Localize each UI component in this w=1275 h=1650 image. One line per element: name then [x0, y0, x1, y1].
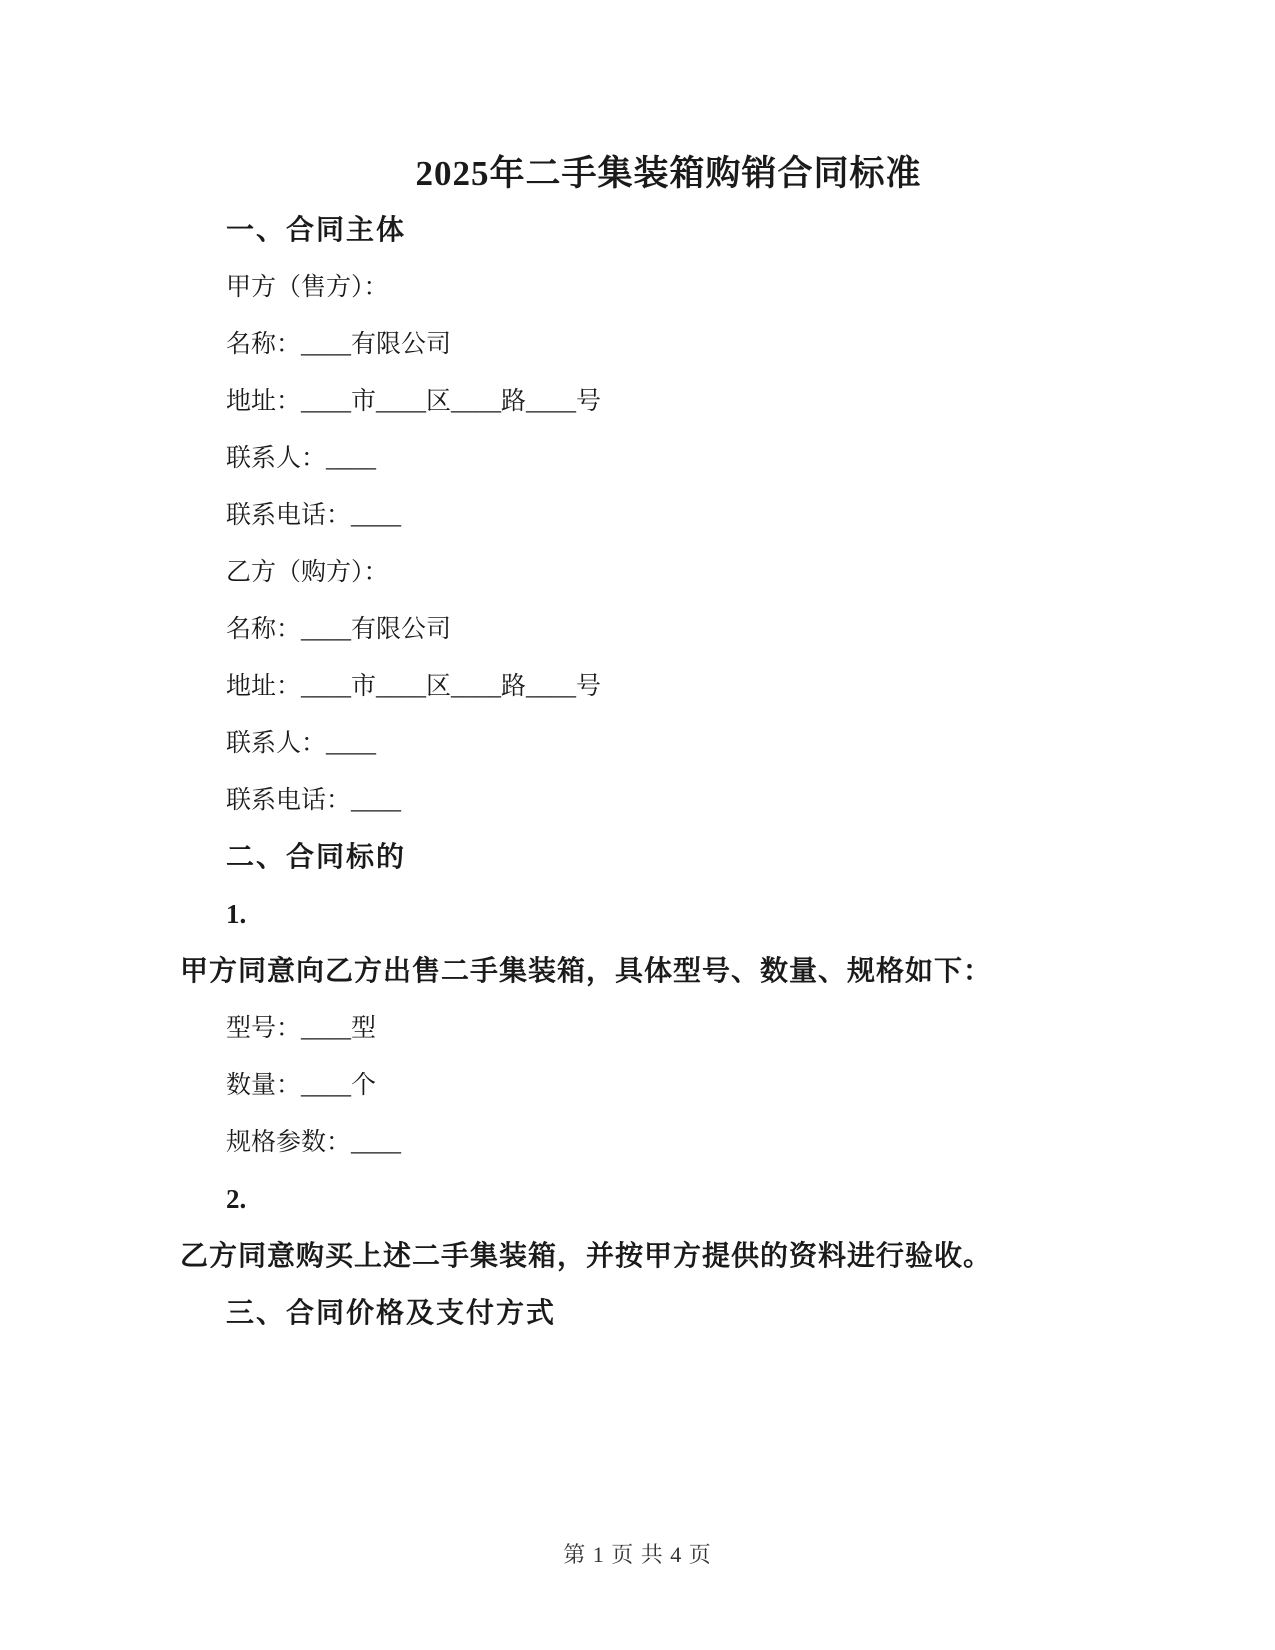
paragraph-list: 一、合同主体甲方（售方）：名称：____有限公司地址：____市____区___… — [180, 202, 1095, 1342]
paragraph: 联系电话：____ — [180, 772, 1095, 829]
paragraph: 乙方（购方）： — [180, 544, 1095, 601]
document-content: 2025年二手集装箱购销合同标准 一、合同主体甲方（售方）：名称：____有限公… — [180, 145, 1095, 1342]
paragraph: 规格参数：____ — [180, 1114, 1095, 1171]
paragraph: 二、合同标的 — [180, 829, 1095, 886]
paragraph: 乙方同意购买上述二手集装箱，并按甲方提供的资料进行验收。 — [180, 1228, 1095, 1285]
page-footer: 第 1 页 共 4 页 — [0, 1538, 1275, 1569]
paragraph: 一、合同主体 — [180, 202, 1095, 259]
paragraph: 1. — [180, 886, 1095, 943]
paragraph: 甲方（售方）： — [180, 259, 1095, 316]
paragraph: 联系人：____ — [180, 715, 1095, 772]
page-number-label: 第 1 页 共 4 页 — [563, 1542, 712, 1567]
paragraph: 2. — [180, 1171, 1095, 1228]
paragraph: 型号：____型 — [180, 1000, 1095, 1057]
document-page: 2025年二手集装箱购销合同标准 一、合同主体甲方（售方）：名称：____有限公… — [0, 0, 1275, 1650]
paragraph: 数量：____个 — [180, 1057, 1095, 1114]
paragraph: 三、合同价格及支付方式 — [180, 1285, 1095, 1342]
paragraph: 联系电话：____ — [180, 487, 1095, 544]
paragraph: 地址：____市____区____路____号 — [180, 658, 1095, 715]
paragraph: 名称：____有限公司 — [180, 316, 1095, 373]
document-title: 2025年二手集装箱购销合同标准 — [211, 145, 1126, 202]
paragraph: 地址：____市____区____路____号 — [180, 373, 1095, 430]
paragraph: 名称：____有限公司 — [180, 601, 1095, 658]
paragraph: 甲方同意向乙方出售二手集装箱，具体型号、数量、规格如下： — [180, 943, 1095, 1000]
paragraph: 联系人：____ — [180, 430, 1095, 487]
